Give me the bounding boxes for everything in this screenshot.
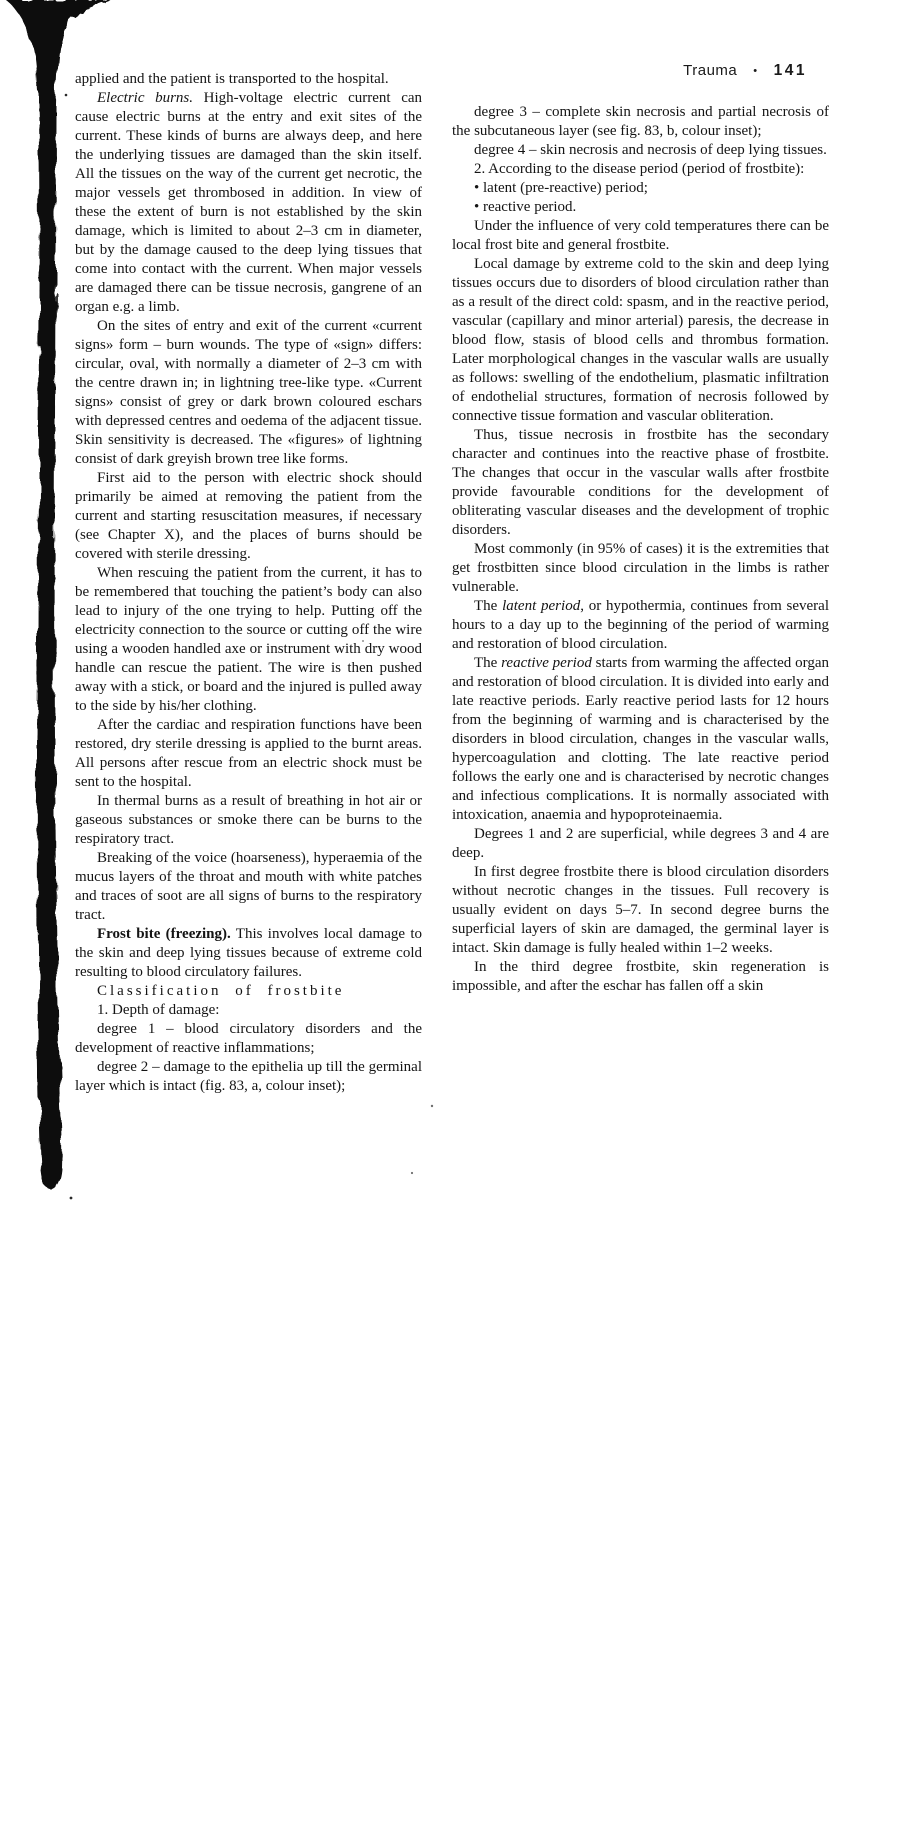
text-run: Local damage by extreme cold to the skin… — [452, 256, 829, 424]
paragraph: In thermal burns as a result of breathin… — [75, 792, 422, 849]
text-run: In the third degree frostbite, skin rege… — [452, 959, 829, 994]
paragraph: Classification of frostbite — [75, 982, 422, 1001]
text-run: reactive period — [501, 655, 592, 671]
text-run: Electric burns. — [97, 90, 193, 106]
text-run: starts from warming the affected organ a… — [452, 655, 829, 823]
text-run: Classification of frostbite — [97, 983, 344, 999]
paragraph: degree 3 – complete skin necrosis and pa… — [452, 103, 829, 141]
text-run: Under the influence of very cold tempera… — [452, 218, 829, 253]
text-run: 2. According to the disease period (peri… — [474, 161, 804, 177]
paragraph: degree 1 – blood circulatory disorders a… — [75, 1020, 422, 1058]
page-number: 141 — [774, 62, 807, 79]
text-run: degree 1 – blood circulatory disorders a… — [75, 1021, 422, 1056]
text-run: 1. Depth of damage: — [97, 1002, 219, 1018]
paragraph: Frost bite (freezing). This involves loc… — [75, 925, 422, 982]
paragraph: The latent period, or hypothermia, conti… — [452, 597, 829, 654]
text-run: First aid to the person with electric sh… — [75, 470, 422, 562]
text-run: High-voltage electric current can cause … — [75, 90, 422, 315]
text-run: degree 2 – damage to the epithelia up ti… — [75, 1059, 422, 1094]
text-run: On the sites of entry and exit of the cu… — [75, 318, 422, 467]
text-run: In first degree frostbite there is blood… — [452, 864, 829, 956]
text-run: Degrees 1 and 2 are superficial, while d… — [452, 826, 829, 861]
scanned-book-page: Trauma•141 applied and the patient is tr… — [0, 0, 899, 1836]
paragraph: Most commonly (in 95% of cases) it is th… — [452, 540, 829, 597]
paragraph: 2. According to the disease period (peri… — [452, 160, 829, 179]
text-run: degree 4 – skin necrosis and necrosis of… — [474, 142, 827, 158]
text-run: • reactive period. — [474, 199, 576, 215]
left-column: applied and the patient is transported t… — [75, 70, 422, 1096]
text-run: After the cardiac and respiration functi… — [75, 717, 422, 790]
paragraph: Breaking of the voice (hoarseness), hype… — [75, 849, 422, 925]
paragraph: • latent (pre-reactive) period; — [452, 179, 829, 198]
paragraph: On the sites of entry and exit of the cu… — [75, 317, 422, 469]
text-run: In thermal burns as a result of breathin… — [75, 793, 422, 847]
paragraph: In first degree frostbite there is blood… — [452, 863, 829, 958]
paragraph: degree 4 – skin necrosis and necrosis of… — [452, 141, 829, 160]
text-run: The — [474, 655, 501, 671]
text-run: • latent (pre-reactive) period; — [474, 180, 648, 196]
paragraph: The reactive period starts from warming … — [452, 654, 829, 825]
text-run: When rescuing the patient from the curre… — [75, 565, 422, 714]
paragraph: Degrees 1 and 2 are superficial, while d… — [452, 825, 829, 863]
paragraph: Thus, tissue necrosis in frostbite has t… — [452, 426, 829, 540]
running-head: Trauma•141 — [452, 61, 829, 81]
paragraph: In the third degree frostbite, skin rege… — [452, 958, 829, 996]
section-title: Trauma — [683, 62, 737, 79]
text-run: Frost bite (freezing). — [97, 926, 231, 942]
text-run: applied and the patient is transported t… — [75, 71, 389, 87]
text-run: The — [474, 598, 502, 614]
text-run: Breaking of the voice (hoarseness), hype… — [75, 850, 422, 923]
text-run: Thus, tissue necrosis in frostbite has t… — [452, 427, 829, 538]
bullet-separator-icon: • — [753, 61, 757, 81]
right-column: degree 3 – complete skin necrosis and pa… — [452, 103, 829, 996]
paragraph: degree 2 – damage to the epithelia up ti… — [75, 1058, 422, 1096]
paragraph: Local damage by extreme cold to the skin… — [452, 255, 829, 426]
paragraph: • reactive period. — [452, 198, 829, 217]
paragraph: After the cardiac and respiration functi… — [75, 716, 422, 792]
text-run: latent period — [502, 598, 580, 614]
text-run: degree 3 – complete skin necrosis and pa… — [452, 104, 829, 139]
paragraph: Under the influence of very cold tempera… — [452, 217, 829, 255]
paragraph: First aid to the person with electric sh… — [75, 469, 422, 564]
paragraph: When rescuing the patient from the curre… — [75, 564, 422, 716]
text-run: Most commonly (in 95% of cases) it is th… — [452, 541, 829, 595]
paragraph: Electric burns. High-voltage electric cu… — [75, 89, 422, 317]
paragraph: 1. Depth of damage: — [75, 1001, 422, 1020]
paragraph: applied and the patient is transported t… — [75, 70, 422, 89]
